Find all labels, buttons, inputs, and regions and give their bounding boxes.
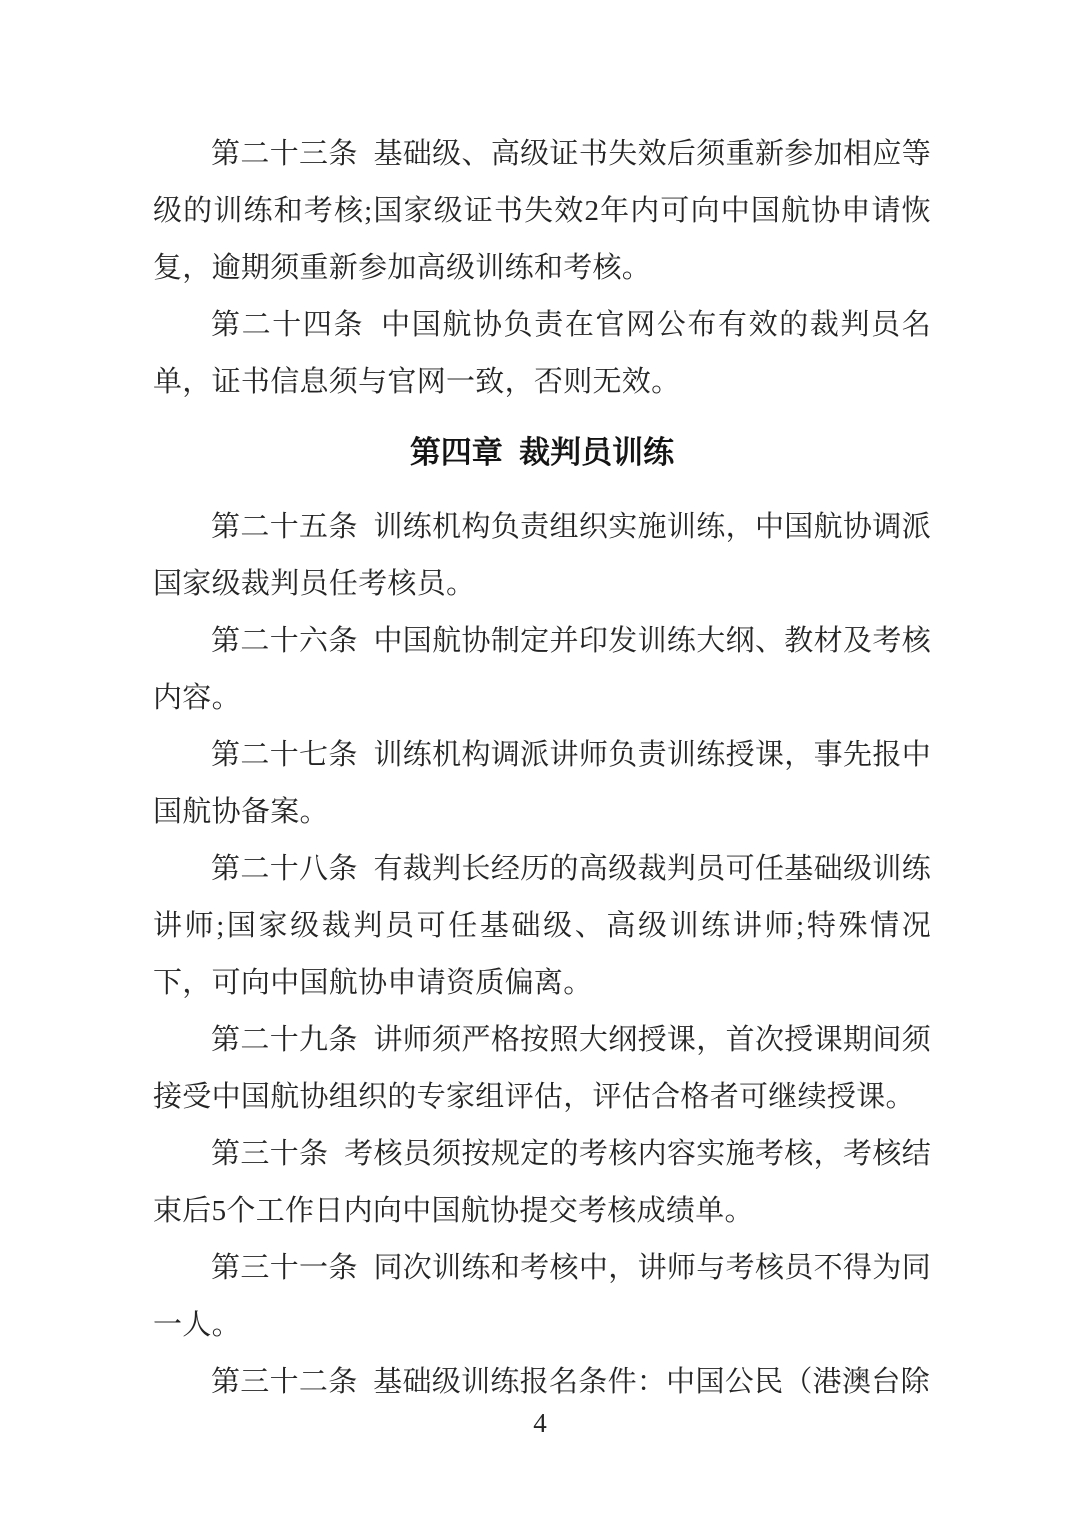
- text-block: 第二十三条 基础级、高级证书失效后须重新参加相应等级的训练和考核;国家级证书失效…: [153, 126, 931, 1411]
- article-31-paragraph: 第三十一条 同次训练和考核中，讲师与考核员不得为同一人。: [153, 1240, 931, 1354]
- article-24-paragraph: 第二十四条 中国航协负责在官网公布有效的裁判员名单，证书信息须与官网一致，否则无…: [153, 297, 931, 411]
- chapter-heading: 第四章 裁判员训练: [153, 424, 931, 481]
- article-27-paragraph: 第二十七条 训练机构调派讲师负责训练授课，事先报中国航协备案。: [153, 727, 931, 841]
- article-28-paragraph: 第二十八条 有裁判长经历的高级裁判员可任基础级训练讲师;国家级裁判员可任基础级、…: [153, 841, 931, 1012]
- article-26-paragraph: 第二十六条 中国航协制定并印发训练大纲、教材及考核内容。: [153, 613, 931, 727]
- document-page: 第二十三条 基础级、高级证书失效后须重新参加相应等级的训练和考核;国家级证书失效…: [0, 0, 1080, 1527]
- page-number: 4: [0, 1406, 1080, 1440]
- article-32-paragraph: 第三十二条 基础级训练报名条件：中国公民（港澳台除: [153, 1354, 931, 1411]
- article-23-paragraph: 第二十三条 基础级、高级证书失效后须重新参加相应等级的训练和考核;国家级证书失效…: [153, 126, 931, 297]
- article-25-paragraph: 第二十五条 训练机构负责组织实施训练，中国航协调派国家级裁判员任考核员。: [153, 499, 931, 613]
- article-29-paragraph: 第二十九条 讲师须严格按照大纲授课，首次授课期间须接受中国航协组织的专家组评估，…: [153, 1012, 931, 1126]
- article-30-paragraph: 第三十条 考核员须按规定的考核内容实施考核，考核结束后5个工作日内向中国航协提交…: [153, 1126, 931, 1240]
